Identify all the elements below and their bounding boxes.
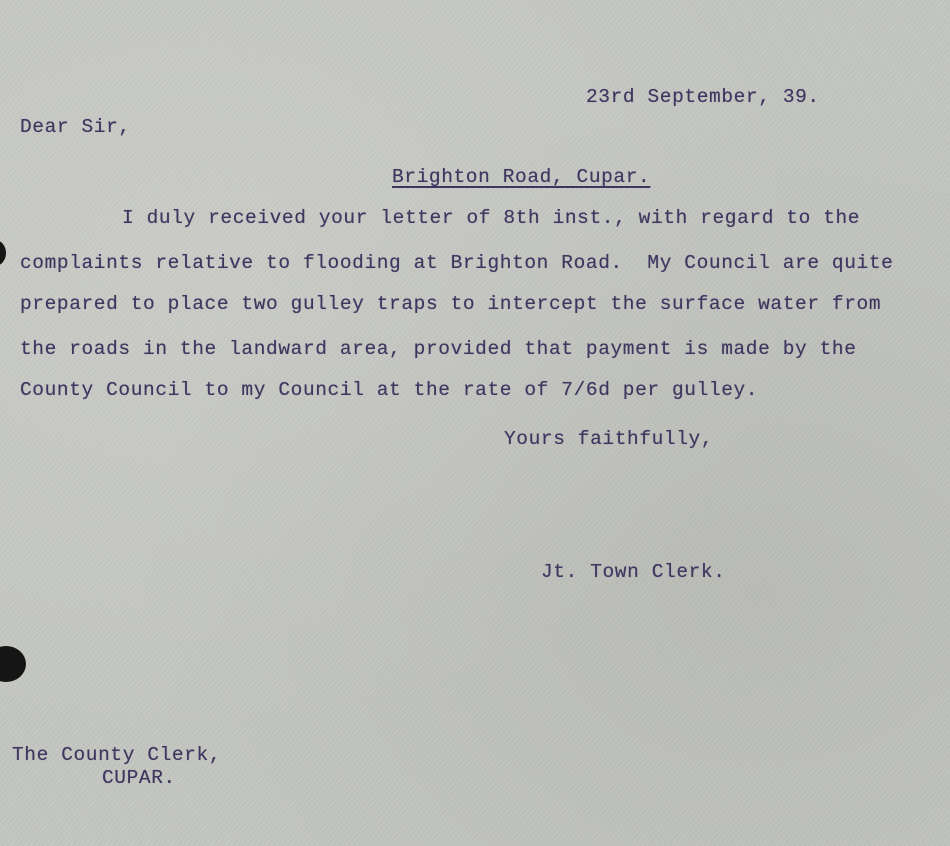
addressee-town: CUPAR. [102,769,176,789]
signature-title: Jt. Town Clerk. [541,563,726,583]
body-line-1: I duly received your letter of 8th inst.… [122,209,860,229]
body-line-5: County Council to my Council at the rate… [20,381,758,401]
subject-heading: Brighton Road, Cupar. [392,168,650,188]
body-line-4: the roads in the landward area, provided… [20,340,857,360]
salutation: Dear Sir, [20,118,131,138]
body-line-3: prepared to place two gulley traps to in… [20,295,881,315]
typewritten-letter: 23rd September, 39. Dear Sir, Brighton R… [0,0,950,846]
punch-hole-bottom [0,646,26,682]
addressee-name: The County Clerk, [12,746,221,766]
body-line-2: complaints relative to flooding at Brigh… [20,254,893,274]
punch-hole-top [0,240,6,266]
closing: Yours faithfully, [504,430,713,450]
letter-date: 23rd September, 39. [586,88,820,108]
